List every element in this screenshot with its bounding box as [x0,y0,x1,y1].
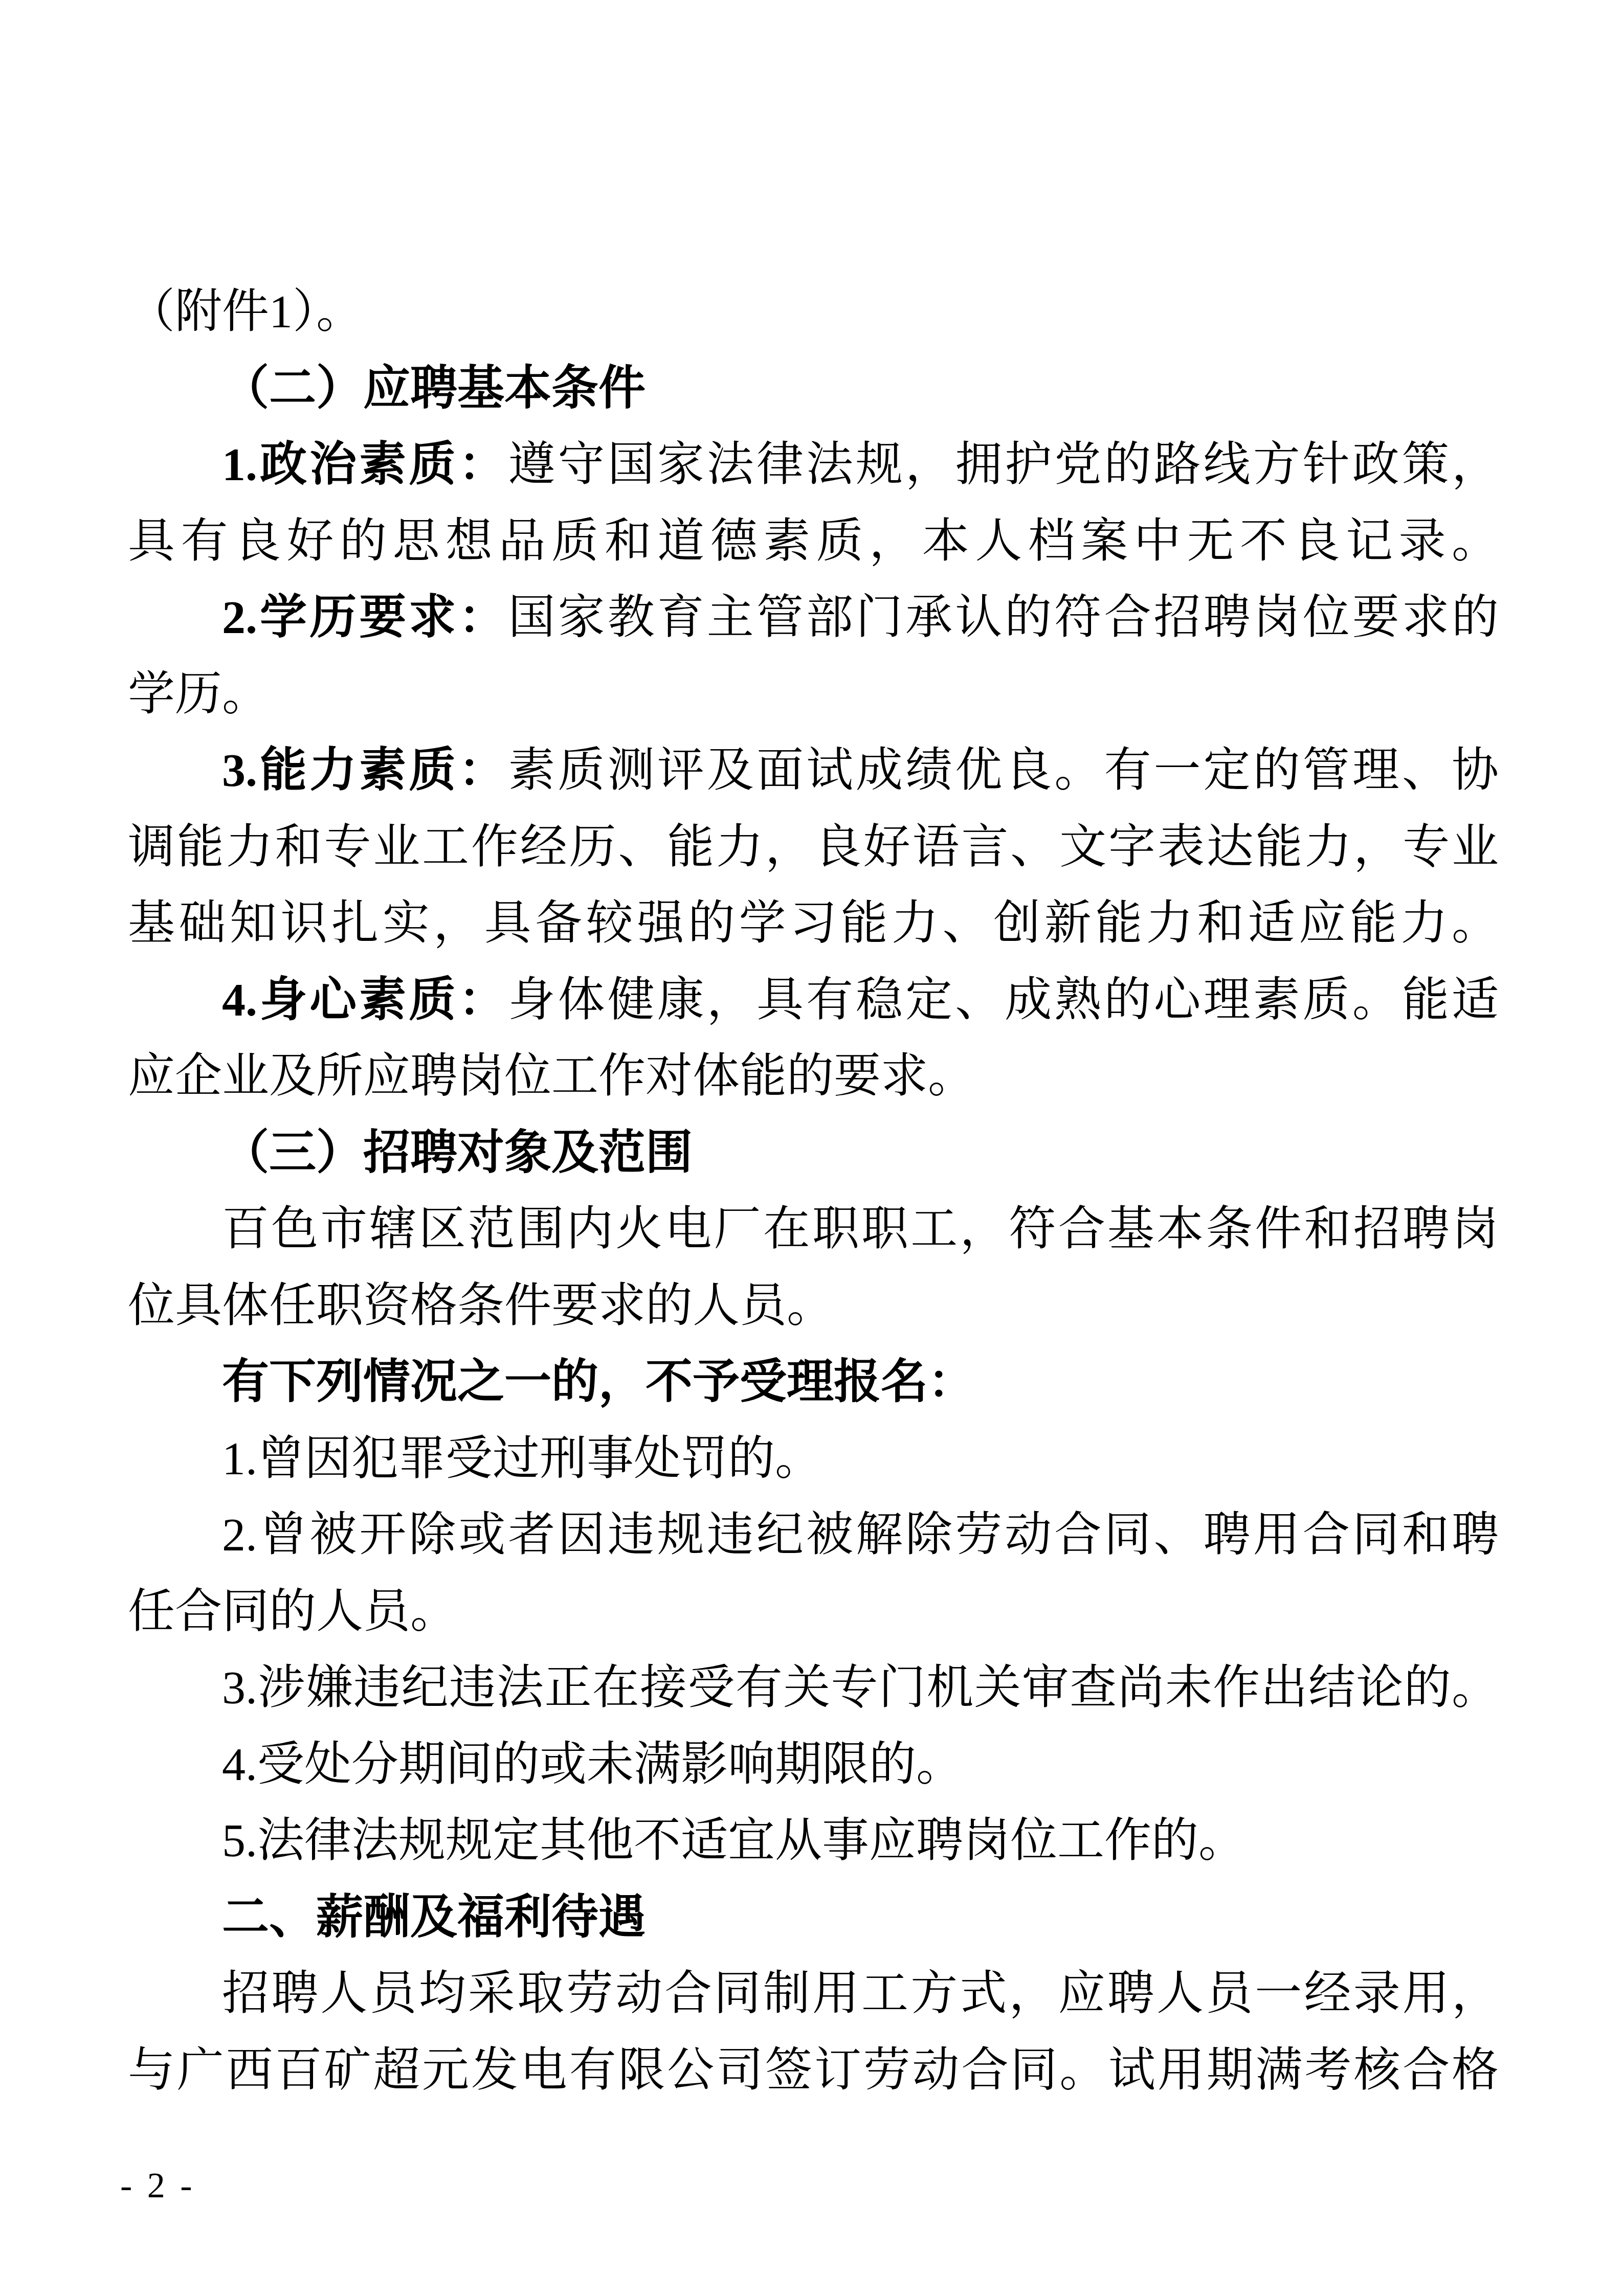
line-text: 遵守国家法律法规，拥护党的路线方针政策， [508,438,1499,490]
line-bold-text: 有下列情况之一的，不予受理报名： [222,1356,975,1408]
list-item: 1.曾因犯罪受过刑事处罚的。 [128,1421,1499,1497]
line-text: 学历。 [128,668,269,720]
line-text: 1.曾因犯罪受过刑事处罚的。 [222,1432,822,1484]
document-content: （附件1）。 （二）应聘基本条件 1.政治素质：遵守国家法律法规，拥护党的路线方… [128,274,1499,2108]
page-number: - 2 - [120,2166,195,2205]
paragraph-line: 3.能力素质：素质测评及面试成绩优良。有一定的管理、协 [128,732,1499,809]
page-footer: - 2 - [120,2166,195,2207]
line-bold-text: 4.身心素质： [222,974,508,1026]
paragraph-line: 学历。 [128,656,1499,733]
paragraph-line: 与广西百矿超元发电有限公司签订劳动合同。试用期满考核合格 [128,2032,1499,2109]
list-item: 任合同的人员。 [128,1573,1499,1650]
line-bold-text: 2.学历要求： [222,591,508,643]
line-text: （附件1）。 [128,285,363,337]
line-text: 素质测评及面试成绩优良。有一定的管理、协 [508,744,1499,796]
section-heading: （二）应聘基本条件 [128,350,1499,427]
paragraph-line: 位具体任职资格条件要求的人员。 [128,1268,1499,1344]
line-text: 2.曾被开除或者因违规违纪被解除劳动合同、聘用合同和聘 [222,1509,1499,1561]
line-text: 3.涉嫌违纪违法正在接受有关专门机关审查尚未作出结论的。 [222,1661,1499,1714]
line-text: 身体健康，具有稳定、成熟的心理素质。能适 [508,974,1499,1026]
line-text: 位具体任职资格条件要求的人员。 [128,1279,834,1332]
section-heading: 二、薪酬及福利待遇 [128,1879,1499,1956]
paragraph-line: 2.学历要求：国家教育主管部门承认的符合招聘岗位要求的 [128,579,1499,656]
paragraph-line: 百色市辖区范围内火电厂在职职工，符合基本条件和招聘岗 [128,1191,1499,1268]
line-text: 任合同的人员。 [128,1585,457,1637]
line-bold-text: 3.能力素质： [222,744,508,796]
section-heading: 有下列情况之一的，不予受理报名： [128,1344,1499,1421]
section-heading: （三）招聘对象及范围 [128,1115,1499,1191]
document-page: { "document": { "lines": [ { "bold": "",… [0,0,1624,2296]
paragraph-line: 招聘人员均采取劳动合同制用工方式，应聘人员一经录用， [128,1955,1499,2032]
list-item: 5.法律法规规定其他不适宜从事应聘岗位工作的。 [128,1803,1499,1879]
paragraph-line: 应企业及所应聘岗位工作对体能的要求。 [128,1038,1499,1115]
line-text: 调能力和专业工作经历、能力，良好语言、文字表达能力，专业 [128,821,1499,873]
line-bold-text: （三）招聘对象及范围 [222,1127,693,1179]
line-bold-text: （二）应聘基本条件 [222,362,646,414]
line-bold-text: 二、薪酬及福利待遇 [222,1891,646,1943]
paragraph-line: 1.政治素质：遵守国家法律法规，拥护党的路线方针政策， [128,426,1499,503]
list-item: 4.受处分期间的或未满影响期限的。 [128,1726,1499,1803]
paragraph-line: 4.身心素质：身体健康，具有稳定、成熟的心理素质。能适 [128,962,1499,1039]
line-text: 5.法律法规规定其他不适宜从事应聘岗位工作的。 [222,1814,1245,1866]
line-text: 与广西百矿超元发电有限公司签订劳动合同。试用期满考核合格 [128,2044,1499,2096]
line-text: 4.受处分期间的或未满影响期限的。 [222,1738,963,1790]
line-text: 具有良好的思想品质和道德素质，本人档案中无不良记录。 [128,515,1499,567]
line-text: 招聘人员均采取劳动合同制用工方式，应聘人员一经录用， [222,1967,1499,2019]
list-item: 3.涉嫌违纪违法正在接受有关专门机关审查尚未作出结论的。 [128,1650,1499,1726]
paragraph-line: 调能力和专业工作经历、能力，良好语言、文字表达能力，专业 [128,809,1499,886]
line-text: 百色市辖区范围内火电厂在职职工，符合基本条件和招聘岗 [222,1203,1499,1255]
paragraph-line: （附件1）。 [128,274,1499,350]
line-text: 国家教育主管部门承认的符合招聘岗位要求的 [508,591,1499,643]
paragraph-line: 基础知识扎实，具备较强的学习能力、创新能力和适应能力。 [128,885,1499,962]
line-bold-text: 1.政治素质： [222,438,508,490]
list-item: 2.曾被开除或者因违规违纪被解除劳动合同、聘用合同和聘 [128,1497,1499,1573]
paragraph-line: 具有良好的思想品质和道德素质，本人档案中无不良记录。 [128,503,1499,580]
line-text: 基础知识扎实，具备较强的学习能力、创新能力和适应能力。 [128,897,1499,949]
line-text: 应企业及所应聘岗位工作对体能的要求。 [128,1050,975,1102]
